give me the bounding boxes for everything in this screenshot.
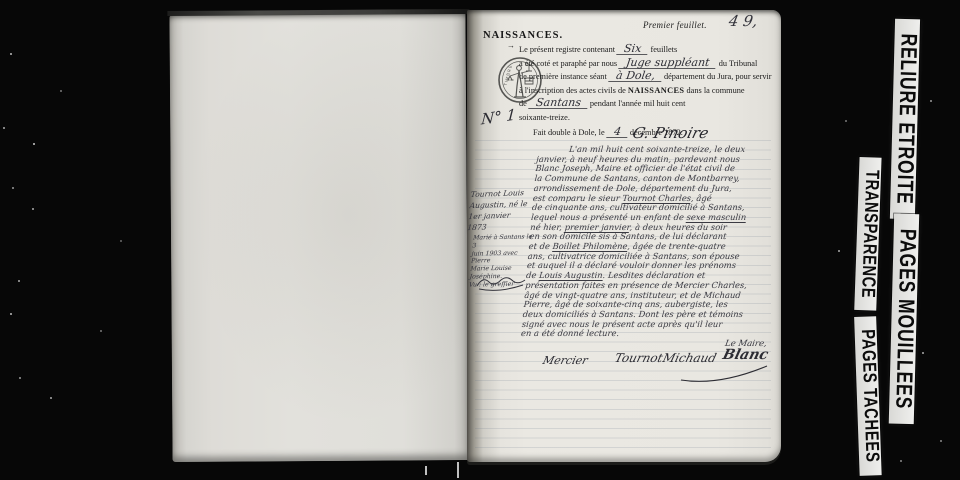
text-line: juin 1903 avec Pierre	[471, 249, 532, 266]
margin-signature-scribble	[475, 272, 527, 297]
birth-act-body: L'an mil huit cent soixante-treize, le d…	[521, 145, 788, 339]
print-text: a été coté et paraphé par nous	[519, 59, 617, 68]
print-text: feuillets	[650, 45, 677, 54]
film-frame-tick	[425, 466, 427, 475]
intro-line-5: de Santans pendant l'année mil huit cent	[519, 97, 775, 111]
text-line: en a été donné lecture.	[521, 329, 772, 339]
intro-line-1: Le présent registre contenant Six feuill…	[519, 43, 775, 57]
condition-label-pages-mouillees: PAGES MOUILLEES	[889, 214, 919, 425]
handwritten-fill-commune: Santans	[528, 98, 588, 109]
text-line: Marié à Santans le 3	[472, 233, 533, 250]
print-text: de	[519, 99, 527, 108]
handwritten-fill-judge-title: Juge suppléant	[618, 58, 717, 69]
condition-label-text: PAGES MOUILLEES	[890, 228, 918, 409]
mayor-signature-flourish	[679, 362, 771, 389]
margin-child-name: Tournot LouisAugustin, né le1er janvier …	[467, 187, 534, 233]
signature-witness-1: Mercier	[541, 354, 589, 367]
print-text: dans la commune	[687, 86, 745, 95]
print-text: de première instance séant	[519, 72, 607, 81]
folio-number-handwritten: 4 9,	[727, 12, 759, 30]
judge-signature: G. Pinoire	[631, 124, 711, 142]
condition-label-pages-tachees: PAGES TACHEES	[854, 316, 881, 476]
print-text: à l'inscription des actes civils de	[519, 86, 626, 95]
film-dust-specks	[0, 0, 2, 2]
feuillet-label: Premier feuillet.	[643, 20, 707, 30]
condition-label-text: TRANSPARENCE	[856, 170, 880, 299]
print-text: pendant l'année mil huit cent	[590, 99, 686, 108]
signature-father: Tournot	[613, 351, 664, 365]
handwritten-fill-city: à Dole,	[608, 71, 663, 82]
handwritten-fill-day: 4	[606, 127, 629, 138]
left-blank-page	[169, 13, 468, 462]
condition-label-reliure-etroite: RELIURE ETROITE	[890, 19, 920, 220]
section-title: NAISSANCES.	[483, 30, 563, 41]
ornament-arrow-icon: →	[507, 41, 515, 50]
text-line: 1er janvier 1873	[467, 209, 531, 233]
print-text: du Tribunal	[719, 59, 758, 68]
print-text: département du Jura, pour servir	[664, 72, 772, 81]
act-number-handwritten: N° 1	[481, 105, 517, 128]
condition-label-text: PAGES TACHEES	[856, 329, 880, 463]
signature-mayor: Blanc	[721, 347, 770, 363]
print-text-bold-naissances: NAISSANCES	[628, 86, 685, 95]
right-register-page: Premier feuillet. 4 9, NAISSANCES. → TIM…	[467, 10, 781, 462]
film-frame-tick	[457, 462, 459, 478]
intro-line-6: soixante-treize.	[519, 111, 775, 125]
condition-label-text: RELIURE ETROITE	[892, 33, 920, 205]
print-text: Fait double à Dole, le	[533, 128, 605, 137]
intro-line-3: de première instance séant à Dole, dépar…	[519, 70, 775, 84]
condition-label-transparence: TRANSPARENCE	[854, 157, 881, 311]
handwritten-fill-feuillets-count: Six	[616, 44, 649, 55]
print-text: Le présent registre contenant	[519, 45, 615, 54]
